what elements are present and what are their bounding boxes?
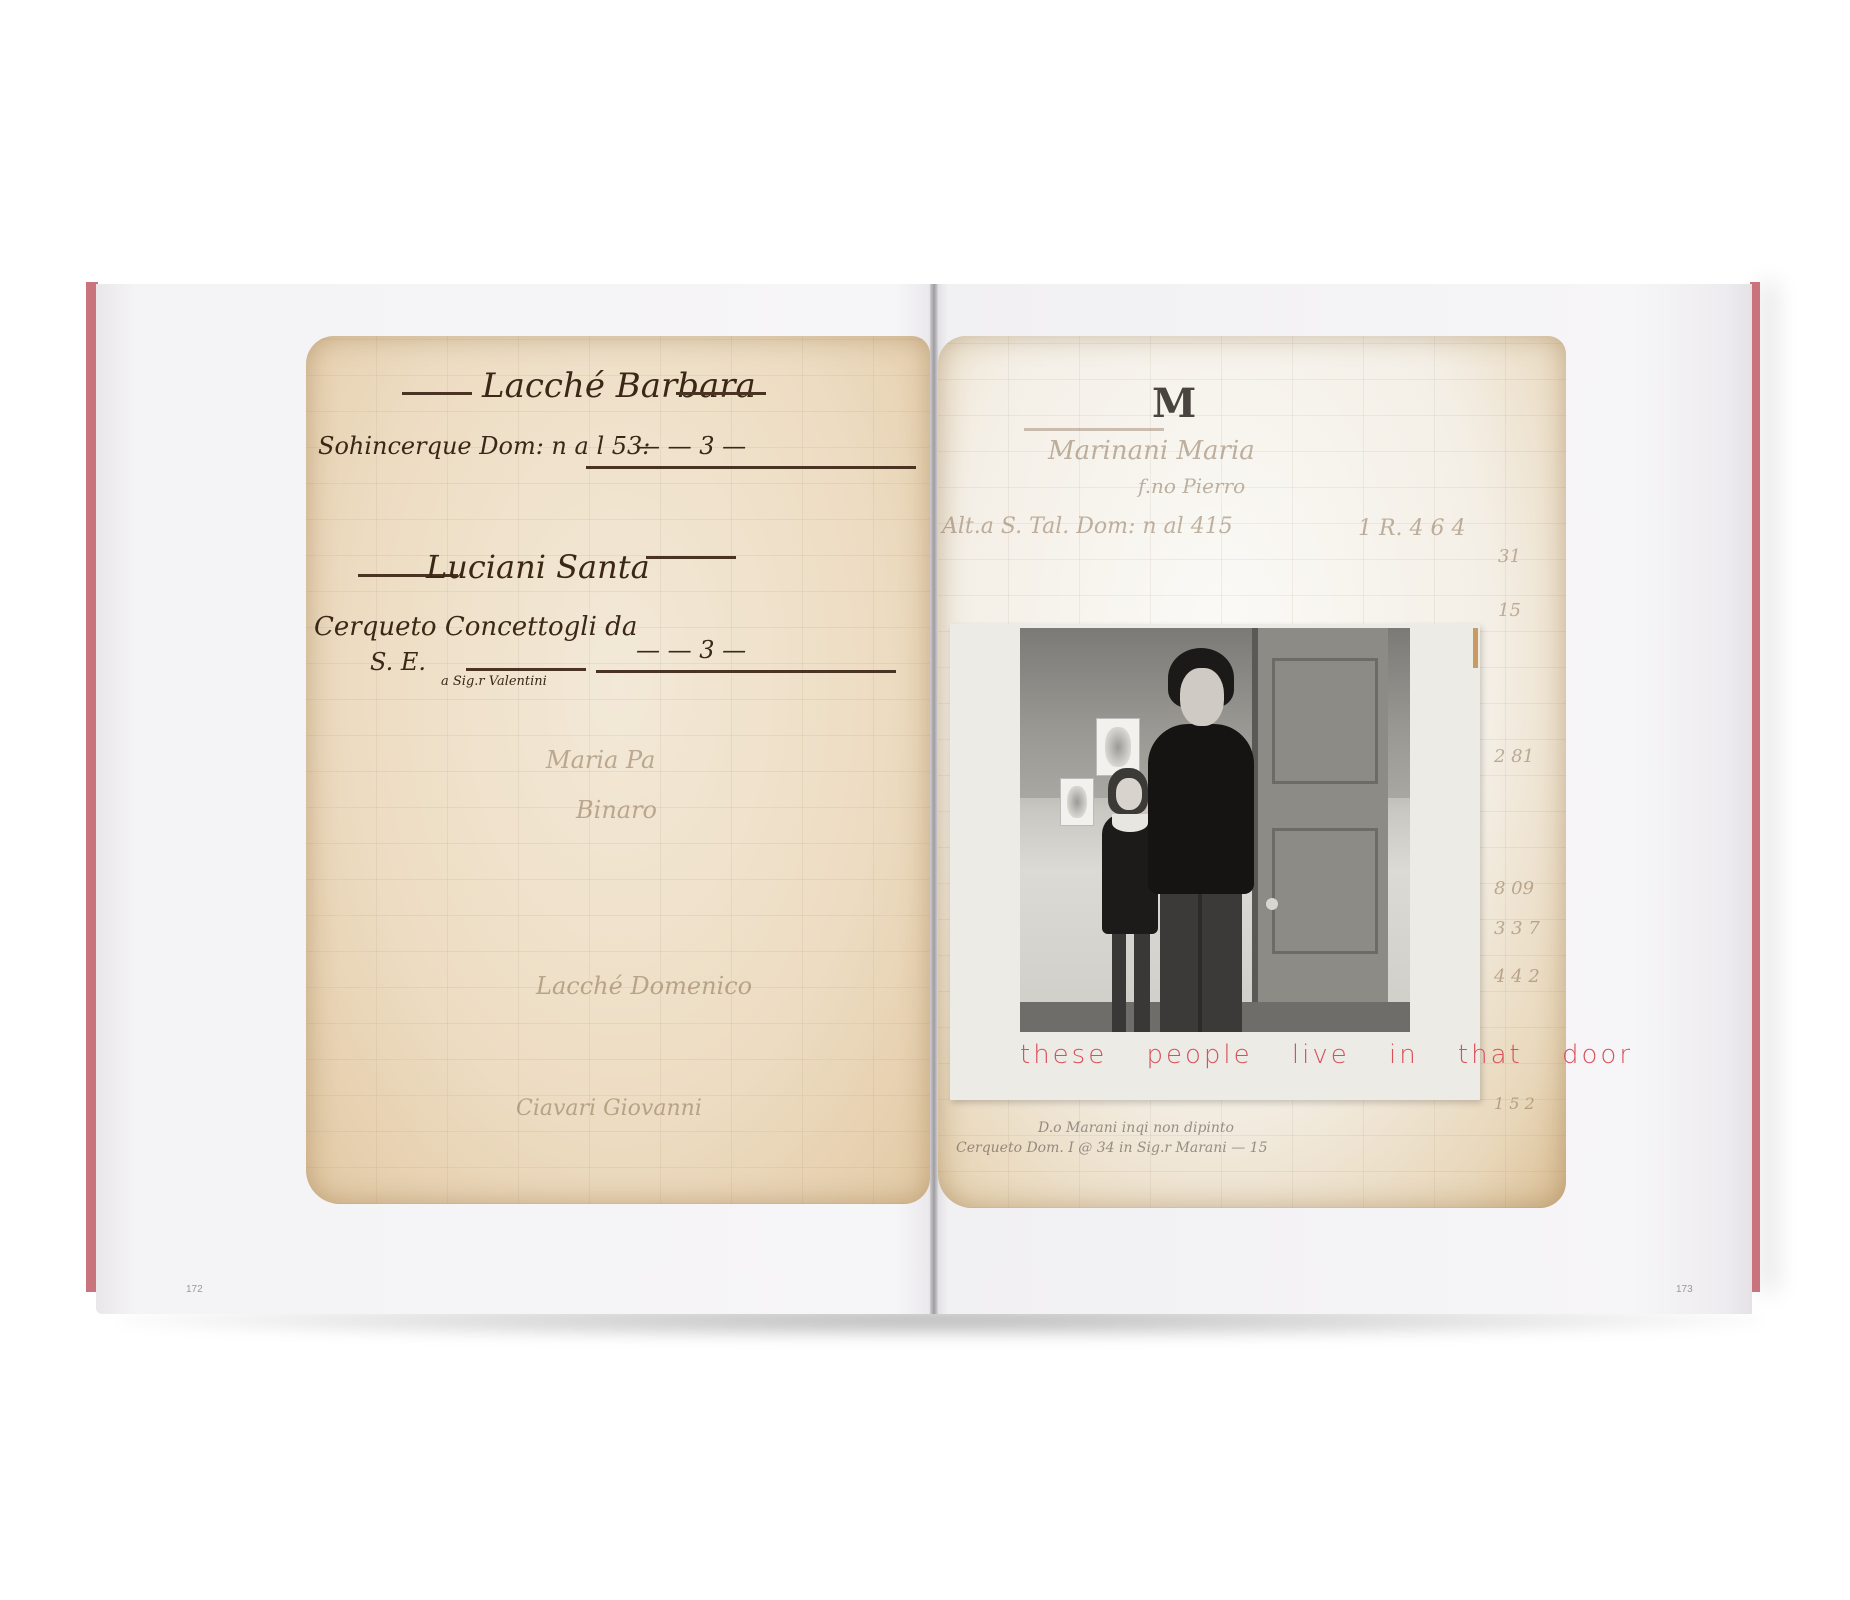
figure-man-jacket (1148, 724, 1254, 894)
door-knob (1266, 898, 1278, 910)
margin-number: 31 (1498, 546, 1521, 567)
door (1252, 628, 1388, 1032)
manuscript-line: Cerqueto Concettogli da (314, 612, 637, 642)
faint-line: Binaro (576, 796, 657, 824)
black-and-white-photograph (1020, 628, 1410, 1032)
page-number-left: 172 (186, 1284, 203, 1295)
pinned-drawing (1060, 778, 1094, 826)
margin-number: 1 5 2 (1494, 1094, 1535, 1113)
faint-line: 1 R. 4 6 4 (1358, 516, 1466, 541)
door-panel (1272, 658, 1378, 784)
manuscript-line: S. E. (370, 648, 426, 676)
faint-line: Alt.a S. Tal. Dom: n al 415 (942, 514, 1233, 539)
faint-line: Ciavari Giovanni (516, 1096, 702, 1121)
figure-man-face (1180, 668, 1224, 726)
page-number-right: 173 (1676, 1284, 1693, 1295)
tape-strip (1473, 628, 1478, 668)
flourish (402, 392, 472, 395)
manuscript-initial: M (1152, 380, 1196, 427)
manuscript-amount: — — 3 — (636, 636, 746, 664)
flourish (586, 466, 916, 469)
flourish (646, 556, 736, 559)
margin-number: 15 (1498, 600, 1521, 621)
margin-number: 8 09 (1494, 878, 1534, 899)
margin-number: 4 4 2 (1494, 966, 1540, 987)
figure-man-jeans (1160, 890, 1242, 1032)
pinned-drawing (1096, 718, 1140, 776)
manuscript-heading: Lacché Barbara (482, 366, 756, 406)
figure-girl-boots (1112, 934, 1150, 1032)
margin-number: 2 81 (1494, 746, 1534, 767)
door-panel (1272, 828, 1378, 954)
faint-line: Lacché Domenico (536, 972, 752, 1000)
figure-girl-face (1116, 778, 1142, 810)
photo-caption: these people live in that door (1020, 1040, 1633, 1070)
flourish (466, 668, 586, 671)
flourish (676, 392, 766, 395)
manuscript-note: a Sig.r Valentini (441, 674, 547, 689)
left-manuscript-page: Lacché Barbara Sohincerque Dom: n a l 53… (306, 336, 930, 1204)
manuscript-amount: — — 3 — (636, 432, 746, 460)
faint-line: Cerqueto Dom. I @ 34 in Sig.r Marani — 1… (956, 1140, 1267, 1156)
manuscript-heading: Luciani Santa (426, 548, 650, 586)
flourish (596, 670, 896, 673)
faint-line: f.no Pierro (1138, 474, 1245, 498)
faint-line: D.o Marani inqi non dipinto (1038, 1120, 1234, 1136)
flourish (1024, 428, 1164, 431)
book-gutter (930, 284, 938, 1314)
faint-line: Maria Pa (546, 746, 655, 774)
faint-line: Marinani Maria (1048, 436, 1255, 466)
margin-number: 3 3 7 (1494, 918, 1540, 939)
figure-girl-collar (1112, 814, 1148, 832)
manuscript-line: Sohincerque Dom: n a l 53: (318, 432, 650, 460)
